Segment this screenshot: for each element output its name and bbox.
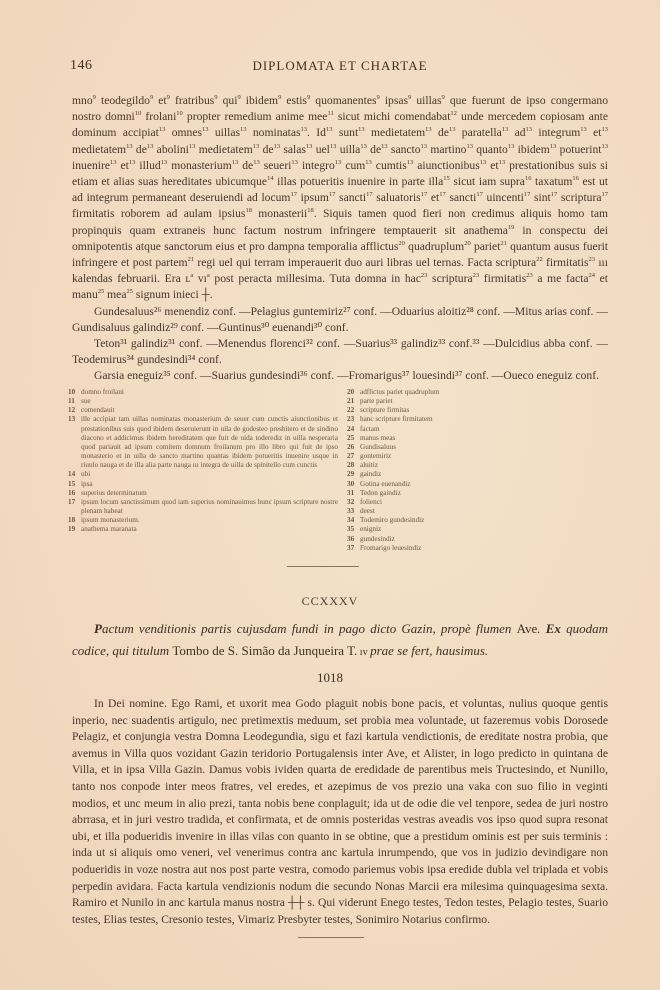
text-segment: qui [218,94,238,107]
footnote-number: 27 [347,452,360,461]
document-year: 1018 [0,670,660,686]
text-segment: salas [280,143,306,156]
footnote-text: ipsum locum sanctissimum quod iam superi… [81,498,338,516]
summary-lead-letter: P [94,621,102,636]
footnote-text: domno froilani [81,388,338,397]
text-segment: paratella [455,126,501,139]
footnote-text: folienci [360,498,547,507]
document-page: 146 DIPLOMATA ET CHARTAE mno9 teodegildo… [0,0,660,990]
footnote: 27gontemiriz [347,452,547,461]
text-segment: firmitatis roborem ad aulam ipsius [72,207,245,220]
footnote-text: enigniz [360,525,547,534]
footnote: 32folienci [347,498,547,507]
text-segment: saluatoris [373,191,421,204]
text-segment: sancti [446,191,477,204]
text-segment: et [117,159,129,172]
footnote-number: 30 [347,480,360,489]
footnote-number: 25 [347,434,360,443]
text-segment: mea [104,288,126,301]
footnote-text: Fromarigo leuesindiz [360,544,547,553]
footnote-text: scripture firmitas [360,406,547,415]
footnote-number: 34 [347,516,360,525]
text-segment: signum inieci ┼. [133,288,213,301]
footnote-marker: 17 [601,191,608,198]
footnote: 12comendauit [68,406,338,415]
text-segment: monasterium [167,159,232,172]
footnote-number: 24 [347,425,360,434]
text-segment: sint [530,191,550,204]
charter-continuation: mno9 teodegildo9 et9 fratribus9 qui9 ibi… [72,93,608,385]
text-segment: et [587,126,602,139]
footnote-text: anathema maranata [81,525,338,534]
text-segment: taxatum [531,175,572,188]
footnote: 14ubi [68,470,338,479]
text-segment: monasterii [252,207,307,220]
text-segment: uel [312,143,329,156]
footnotes-left-column: 10domno froilani11sue12comendauit13ille … [68,388,338,535]
footnote: 34Todemiro gundesindiz [347,516,547,525]
text-segment: medietatem [72,143,126,156]
footnote: 24factam [347,425,547,434]
text-segment: sancti [335,191,366,204]
footnote-number: 14 [68,470,81,479]
footnote: 35enigniz [347,525,547,534]
summary-text-2: . [537,621,545,636]
footnote: 19anathema maranata [68,525,338,534]
text-segment: inuenire [72,159,110,172]
footnote-number: 21 [347,397,360,406]
charter-paragraph-main: mno9 teodegildo9 et9 fratribus9 qui9 ibi… [72,93,608,304]
text-segment: martino [427,143,466,156]
footnote-number: 12 [68,406,81,415]
text-segment: de [367,143,381,156]
footnote: 29gaindiz [347,470,547,479]
text-segment: firmitatis [543,256,589,269]
section-divider [287,566,359,567]
footnote-text: Gotina euenandiz [360,480,547,489]
footnote-number: 36 [347,535,360,544]
footnote-number: 29 [347,470,360,479]
text-segment: de [133,143,147,156]
text-segment: integro [298,159,335,172]
footnote-number: 19 [68,525,81,534]
footnote-text: parte pariet [360,397,547,406]
text-segment: uilla [336,143,360,156]
text-segment: vı [193,272,207,285]
footnote: 31Tedon gaindiz [347,489,547,498]
text-segment: abolini [153,143,189,156]
document-summary: Pactum venditionis partis cujusdam fundi… [72,618,608,664]
footnote-text: factam [360,425,547,434]
footnote-text: gontemiriz [360,452,547,461]
footnote-text: gaindiz [360,470,547,479]
text-segment: et [153,94,166,107]
footnote-text: Tedon gaindiz [360,489,547,498]
text-segment: illas potueritis inuenire in parte illa [274,175,444,188]
summary-text-1: actum venditionis partis cujusdam fundi … [102,621,517,636]
text-segment: estis [281,94,307,107]
charter-paragraph: In Dei nomine. Ego Rami, et uxorit mea G… [72,696,608,928]
text-segment: firmitatis [479,272,526,285]
text-segment: sunt [332,126,358,139]
footnote: 10domno froilani [68,388,338,397]
footnote-text: gundesindiz [360,535,547,544]
footnote-text: manus meas [360,434,547,443]
footnote-text: aluitiz [360,461,547,470]
text-segment: propter remedium anime mee [183,110,328,123]
footnote: 36gundesindiz [347,535,547,544]
text-segment: uillas [411,94,441,107]
footnote: 13ille accipiat tam uillas nominatas mon… [68,415,338,470]
footnote-text: hanc scripture firmitatem [360,415,547,424]
footnote-number: 35 [347,525,360,534]
text-segment: de [238,159,253,172]
text-segment: scriptura [427,272,472,285]
text-segment: mno [72,94,93,107]
footnote-text: adflictus pariet quadruplum [360,388,547,397]
footnote-marker: 13 [602,143,609,150]
text-segment: quanto [473,143,508,156]
text-segment: sancto [388,143,421,156]
text-segment: . Id [307,126,326,139]
text-segment: et [486,159,498,172]
text-segment: fratribus [170,94,214,107]
witness-list-1: Gundesaluus²⁶ menendiz conf. —Pelagius g… [72,304,608,336]
page-header: 146 DIPLOMATA ET CHARTAE [70,58,610,76]
footnote-text: comendauit [81,406,338,415]
footnote-number: 26 [347,443,360,452]
footnote: 23hanc scripture firmitatem [347,415,547,424]
text-segment: quomanentes [310,94,376,107]
text-segment: omnes [165,126,202,139]
text-segment: uillas [209,126,241,139]
text-segment: de [432,126,449,139]
text-segment: pariet [471,240,501,253]
footnote: 17ipsum locum sanctissimum quod iam supe… [68,498,338,516]
footnote: 16superius determinatum [68,489,338,498]
text-segment: sicut michi comendabat [334,110,451,123]
text-segment: medietatem [365,126,425,139]
footnote-text: superius determinatum [81,489,338,498]
text-segment: frolani [141,110,176,123]
text-segment: uincenti [483,191,524,204]
text-segment: scriptura [557,191,601,204]
text-segment: seueri [260,159,292,172]
footnote-text: ubi [81,470,338,479]
footnote: 11sue [68,397,338,406]
footnote: 30Gotina euenandiz [347,480,547,489]
footnote: 28aluitiz [347,461,547,470]
text-segment: a me facta [533,272,589,285]
footnote-number: 33 [347,507,360,516]
footnote-number: 17 [68,498,81,516]
text-segment: ibidem [514,143,550,156]
text-segment: illud [135,159,160,172]
text-segment: ibidem [241,94,278,107]
text-segment: nominatas [247,126,301,139]
summary-volume: ıv [357,647,370,658]
text-segment: integrum [532,126,580,139]
text-segment: cum [341,159,365,172]
charter-text: In Dei nomine. Ego Rami, et uxorit mea G… [72,696,608,928]
footnotes-right-column: 20adflictus pariet quadruplum21parte par… [347,388,547,553]
document-number: CCXXXV [0,594,660,609]
text-segment: teodegildo [96,94,150,107]
footnote-marker: 13 [602,126,609,133]
text-segment: et [427,191,439,204]
text-segment: sicut iam supra [450,175,525,188]
text-segment: regi uel qui terram imperauerit duo auri… [194,256,536,269]
text-segment: de [259,143,273,156]
footnote-number: 32 [347,498,360,507]
footnote-number: 22 [347,406,360,415]
footnote-number: 10 [68,388,81,397]
footnote-number: 23 [347,415,360,424]
witness-list-3: Garsia eneguiz³⁵ conf. —Suarius gundesin… [72,368,608,384]
footnote-text: sue [81,397,338,406]
footnote-number: 31 [347,489,360,498]
footnote: 21parte pariet [347,397,547,406]
footnote: 18ipsum monasterium. [68,516,338,525]
witness-list-2: Teton³¹ galindiz³¹ conf. —Menendus flore… [72,336,608,368]
footnote-text: deest [360,507,547,516]
footnote-number: 20 [347,388,360,397]
footnote-text: ipsa [81,480,338,489]
running-title: DIPLOMATA ET CHARTAE [70,58,610,74]
text-segment: aiunctionibus [413,159,480,172]
footnote: 22scripture firmitas [347,406,547,415]
footnote: 26Gundisaluus [347,443,547,452]
footnote: 25manus meas [347,434,547,443]
text-segment: ad [508,126,525,139]
footnote: 33deest [347,507,547,516]
footnote-number: 11 [68,397,81,406]
text-segment: potuerint [556,143,601,156]
footnote-number: 18 [68,516,81,525]
text-segment: ipsas [380,94,408,107]
footnote-text: ipsum monasterium. [81,516,338,525]
footnote-number: 16 [68,489,81,498]
summary-source-title: Tombo de S. Simão da Junqueira T. [172,643,357,658]
footnote-number: 37 [347,544,360,553]
text-segment: post peracta millesima. Tuta domna in ha… [210,272,421,285]
summary-ex: Ex [546,621,561,636]
summary-text-4: prae se fert, hausimus. [370,643,488,658]
footnote-text: Todemiro gundesindiz [360,516,547,525]
footnote: 20adflictus pariet quadruplum [347,388,547,397]
footnote-text: Gundisaluus [360,443,547,452]
text-segment: medietatem [195,143,252,156]
text-segment: quadruplum [405,240,464,253]
footnote-number: 28 [347,461,360,470]
footnote-number: 15 [68,480,81,489]
footnote-text: ille accipiat tam uillas nominatas monas… [81,415,338,470]
text-segment: cumtis [372,159,407,172]
end-divider [298,937,364,938]
text-segment: ipsum [297,191,329,204]
footnote: 37Fromarigo leuesindiz [347,544,547,553]
footnote: 15ipsa [68,480,338,489]
summary-river: Ave [517,621,538,636]
footnote-number: 13 [68,415,81,470]
